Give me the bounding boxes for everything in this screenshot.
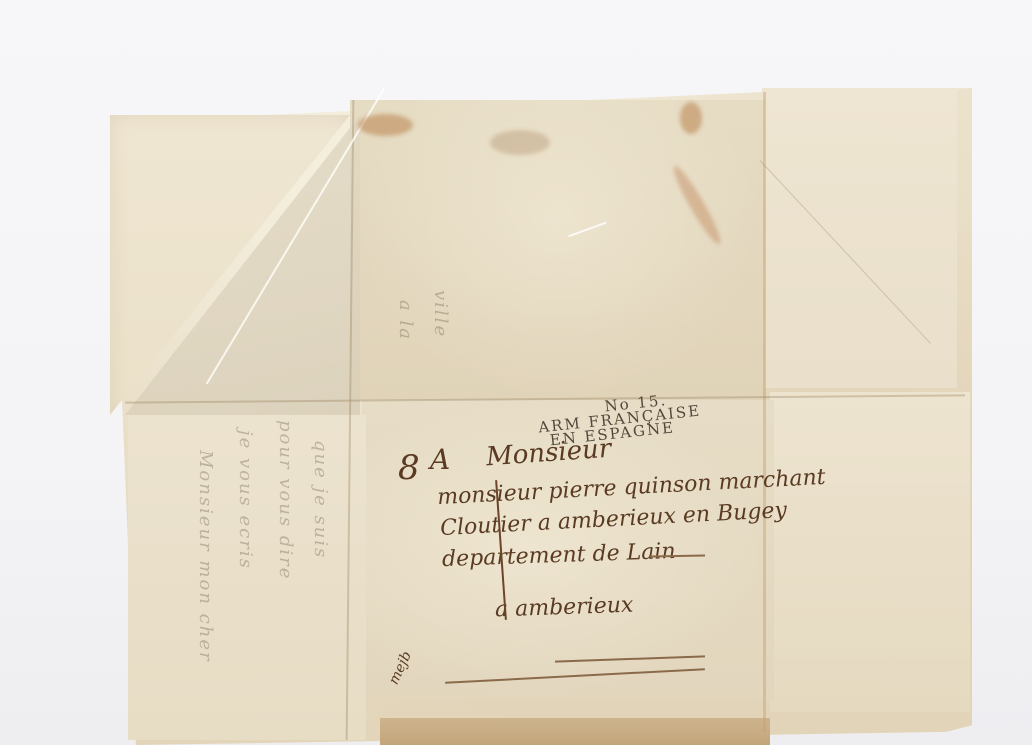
folded-letter: Monsieur mon cher je vous ecris pour vou… <box>0 0 1032 745</box>
bleed-through-text: ville <box>430 290 451 338</box>
address-prefix: A <box>430 443 450 476</box>
bleed-through-text: je vous ecris <box>235 430 256 570</box>
bleed-through-text: que je suis <box>310 440 331 559</box>
postage-rate: 8 <box>398 448 420 488</box>
wax-seal-stain <box>358 114 413 136</box>
wax-seal-stain <box>680 102 702 134</box>
bottom-flap <box>380 718 770 745</box>
seal-residue <box>490 130 550 155</box>
bleed-through-text: pour vous dire <box>275 420 296 580</box>
right-bottom-panel <box>770 392 970 712</box>
bleed-through-text: Monsieur mon cher <box>195 450 216 663</box>
bleed-through-text: a la <box>395 300 416 341</box>
vertical-fold-right <box>763 92 766 732</box>
center-top-panel <box>350 100 765 400</box>
address-destination: a amberieux <box>495 593 634 623</box>
right-top-panel <box>762 88 957 388</box>
